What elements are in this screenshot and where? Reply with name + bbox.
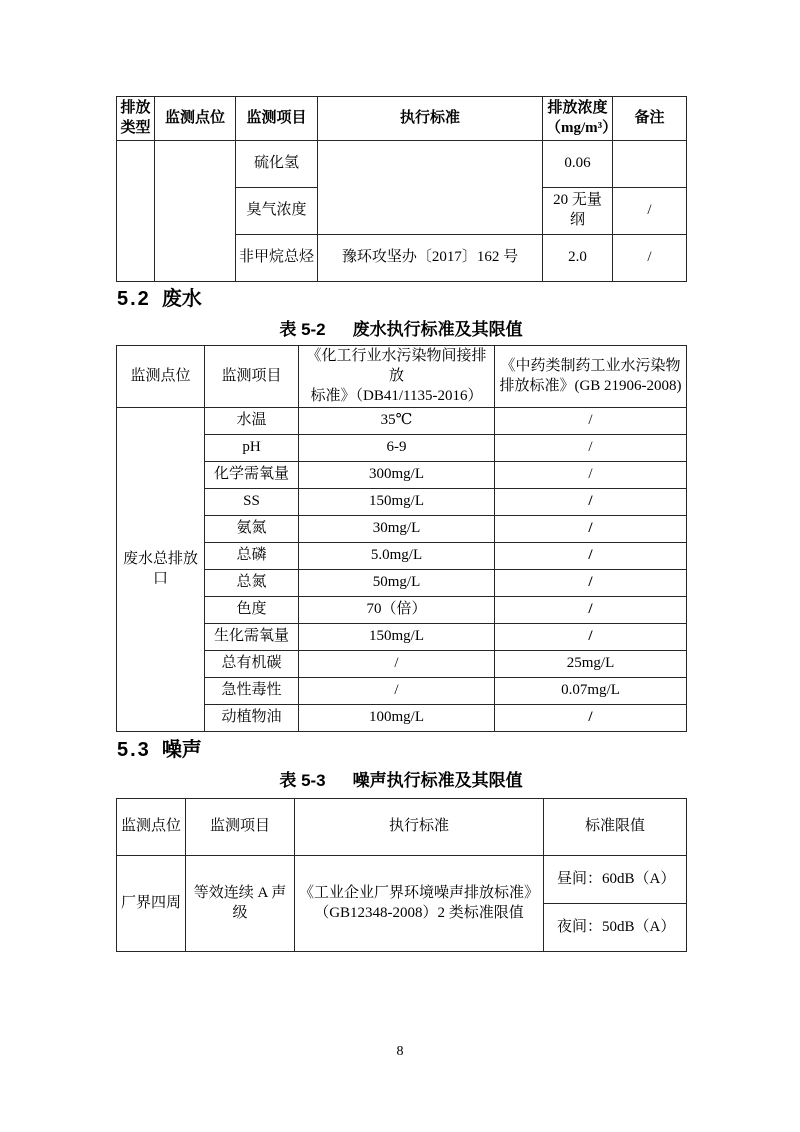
ww-gb21906-cell: / xyxy=(495,489,687,516)
ww-gb21906-cell: / xyxy=(495,624,687,651)
ww-db41-cell: 150mg/L xyxy=(299,489,495,516)
ww-db41-cell: 6-9 xyxy=(299,435,495,462)
ww-db41-cell: 300mg/L xyxy=(299,462,495,489)
ww-gb21906-cell: / xyxy=(495,705,687,732)
section-title: 废水 xyxy=(162,288,202,310)
noise-item-cell: 等效连续 A 声 级 xyxy=(186,856,295,952)
ww-site-cell: 废水总排放 口 xyxy=(117,408,205,732)
gas-remark-cell: / xyxy=(613,188,687,235)
header-monitoring-site: 监测点位 xyxy=(155,97,236,141)
ww-item-cell: SS xyxy=(205,489,299,516)
ww-db41-cell: / xyxy=(299,651,495,678)
wastewater-standards-table: 监测点位 监测项目 《化工行业水污染物间接排放 标准》（DB41/1135-20… xyxy=(116,345,687,732)
gas-concentration-cell: 0.06 xyxy=(543,141,613,188)
ww-row-water-temp: 废水总排放 口 水温 35℃ / xyxy=(117,408,687,435)
noise-site-cell: 厂界四周 xyxy=(117,856,186,952)
ww-db41-cell: 70（倍） xyxy=(299,597,495,624)
header-standard: 执行标准 xyxy=(318,97,543,141)
gas-row-h2s: 硫化氢 0.06 xyxy=(117,141,687,188)
ww-item-cell: 动植物油 xyxy=(205,705,299,732)
ww-db41-cell: 100mg/L xyxy=(299,705,495,732)
page-content: 排放 类型 监测点位 监测项目 执行标准 排放浓度 （mg/m³） 备注 硫化氢… xyxy=(116,96,686,952)
header-concentration: 排放浓度 （mg/m³） xyxy=(543,97,613,141)
caption-label: 表 5-2 xyxy=(279,320,325,339)
caption-title: 废水执行标准及其限值 xyxy=(353,320,523,339)
header-db41-standard: 《化工行业水污染物间接排放 标准》（DB41/1135-2016） xyxy=(299,346,495,408)
ww-db41-cell: 5.0mg/L xyxy=(299,543,495,570)
noise-row-day: 厂界四周 等效连续 A 声 级 《工业企业厂界环境噪声排放标准》 （GB1234… xyxy=(117,856,687,904)
gas-type-cell xyxy=(117,141,155,282)
ww-item-cell: 氨氮 xyxy=(205,516,299,543)
ww-gb21906-cell: / xyxy=(495,516,687,543)
ww-gb21906-cell: / xyxy=(495,597,687,624)
ww-gb21906-cell: / xyxy=(495,543,687,570)
noise-night-limit-cell: 夜间：50dB（A） xyxy=(544,904,687,952)
gas-concentration-cell: 2.0 xyxy=(543,235,613,282)
ww-db41-cell: 50mg/L xyxy=(299,570,495,597)
noise-standards-table: 监测点位 监测项目 执行标准 标准限值 厂界四周 等效连续 A 声 级 《工业企… xyxy=(116,798,687,952)
noise-day-limit-cell: 昼间：60dB（A） xyxy=(544,856,687,904)
gas-site-cell xyxy=(155,141,236,282)
section-number: 5.3 xyxy=(117,739,151,761)
table-5-3-caption: 表 5-3噪声执行标准及其限值 xyxy=(116,771,686,791)
header-monitoring-item: 监测项目 xyxy=(205,346,299,408)
gas-standard-cell xyxy=(318,141,543,235)
gas-emission-table: 排放 类型 监测点位 监测项目 执行标准 排放浓度 （mg/m³） 备注 硫化氢… xyxy=(116,96,687,282)
ww-gb21906-cell: 25mg/L xyxy=(495,651,687,678)
ww-gb21906-cell: / xyxy=(495,462,687,489)
ww-item-cell: 总磷 xyxy=(205,543,299,570)
ww-item-cell: 总氮 xyxy=(205,570,299,597)
caption-title: 噪声执行标准及其限值 xyxy=(353,771,523,790)
gas-item-cell: 非甲烷总烃 xyxy=(236,235,318,282)
header-monitoring-site: 监测点位 xyxy=(117,799,186,856)
gas-concentration-cell: 20 无量纲 xyxy=(543,188,613,235)
header-emission-type: 排放 类型 xyxy=(117,97,155,141)
gas-remark-cell: / xyxy=(613,235,687,282)
ww-item-cell: 生化需氧量 xyxy=(205,624,299,651)
ww-item-cell: pH xyxy=(205,435,299,462)
section-heading-5-2: 5.2废水 xyxy=(117,287,686,311)
ww-item-cell: 化学需氧量 xyxy=(205,462,299,489)
section-number: 5.2 xyxy=(117,288,151,310)
ww-gb21906-cell: / xyxy=(495,570,687,597)
ww-gb21906-cell: / xyxy=(495,435,687,462)
gas-standard-cell: 豫环攻坚办〔2017〕162 号 xyxy=(318,235,543,282)
header-limit: 标准限值 xyxy=(544,799,687,856)
section-title: 噪声 xyxy=(162,739,202,761)
table-5-2-caption: 表 5-2废水执行标准及其限值 xyxy=(116,320,686,340)
header-monitoring-site: 监测点位 xyxy=(117,346,205,408)
caption-label: 表 5-3 xyxy=(279,771,325,790)
ww-item-cell: 总有机碳 xyxy=(205,651,299,678)
gas-item-cell: 臭气浓度 xyxy=(236,188,318,235)
gas-item-cell: 硫化氢 xyxy=(236,141,318,188)
noise-standard-cell: 《工业企业厂界环境噪声排放标准》 （GB12348-2008）2 类标准限值 xyxy=(295,856,544,952)
noise-header-row: 监测点位 监测项目 执行标准 标准限值 xyxy=(117,799,687,856)
gas-remark-cell xyxy=(613,141,687,188)
document-page: 排放 类型 监测点位 监测项目 执行标准 排放浓度 （mg/m³） 备注 硫化氢… xyxy=(0,0,800,1132)
gas-header-row: 排放 类型 监测点位 监测项目 执行标准 排放浓度 （mg/m³） 备注 xyxy=(117,97,687,141)
header-remark: 备注 xyxy=(613,97,687,141)
header-monitoring-item: 监测项目 xyxy=(186,799,295,856)
ww-item-cell: 水温 xyxy=(205,408,299,435)
ww-item-cell: 急性毒性 xyxy=(205,678,299,705)
section-heading-5-3: 5.3噪声 xyxy=(117,738,686,762)
ww-db41-cell: 30mg/L xyxy=(299,516,495,543)
header-monitoring-item: 监测项目 xyxy=(236,97,318,141)
ww-db41-cell: 35℃ xyxy=(299,408,495,435)
ww-gb21906-cell: 0.07mg/L xyxy=(495,678,687,705)
ww-item-cell: 色度 xyxy=(205,597,299,624)
header-standard: 执行标准 xyxy=(295,799,544,856)
header-gb21906-standard: 《中药类制药工业水污染物 排放标准》(GB 21906-2008) xyxy=(495,346,687,408)
page-number: 8 xyxy=(0,1044,800,1060)
ww-db41-cell: / xyxy=(299,678,495,705)
ww-db41-cell: 150mg/L xyxy=(299,624,495,651)
wastewater-header-row: 监测点位 监测项目 《化工行业水污染物间接排放 标准》（DB41/1135-20… xyxy=(117,346,687,408)
ww-gb21906-cell: / xyxy=(495,408,687,435)
